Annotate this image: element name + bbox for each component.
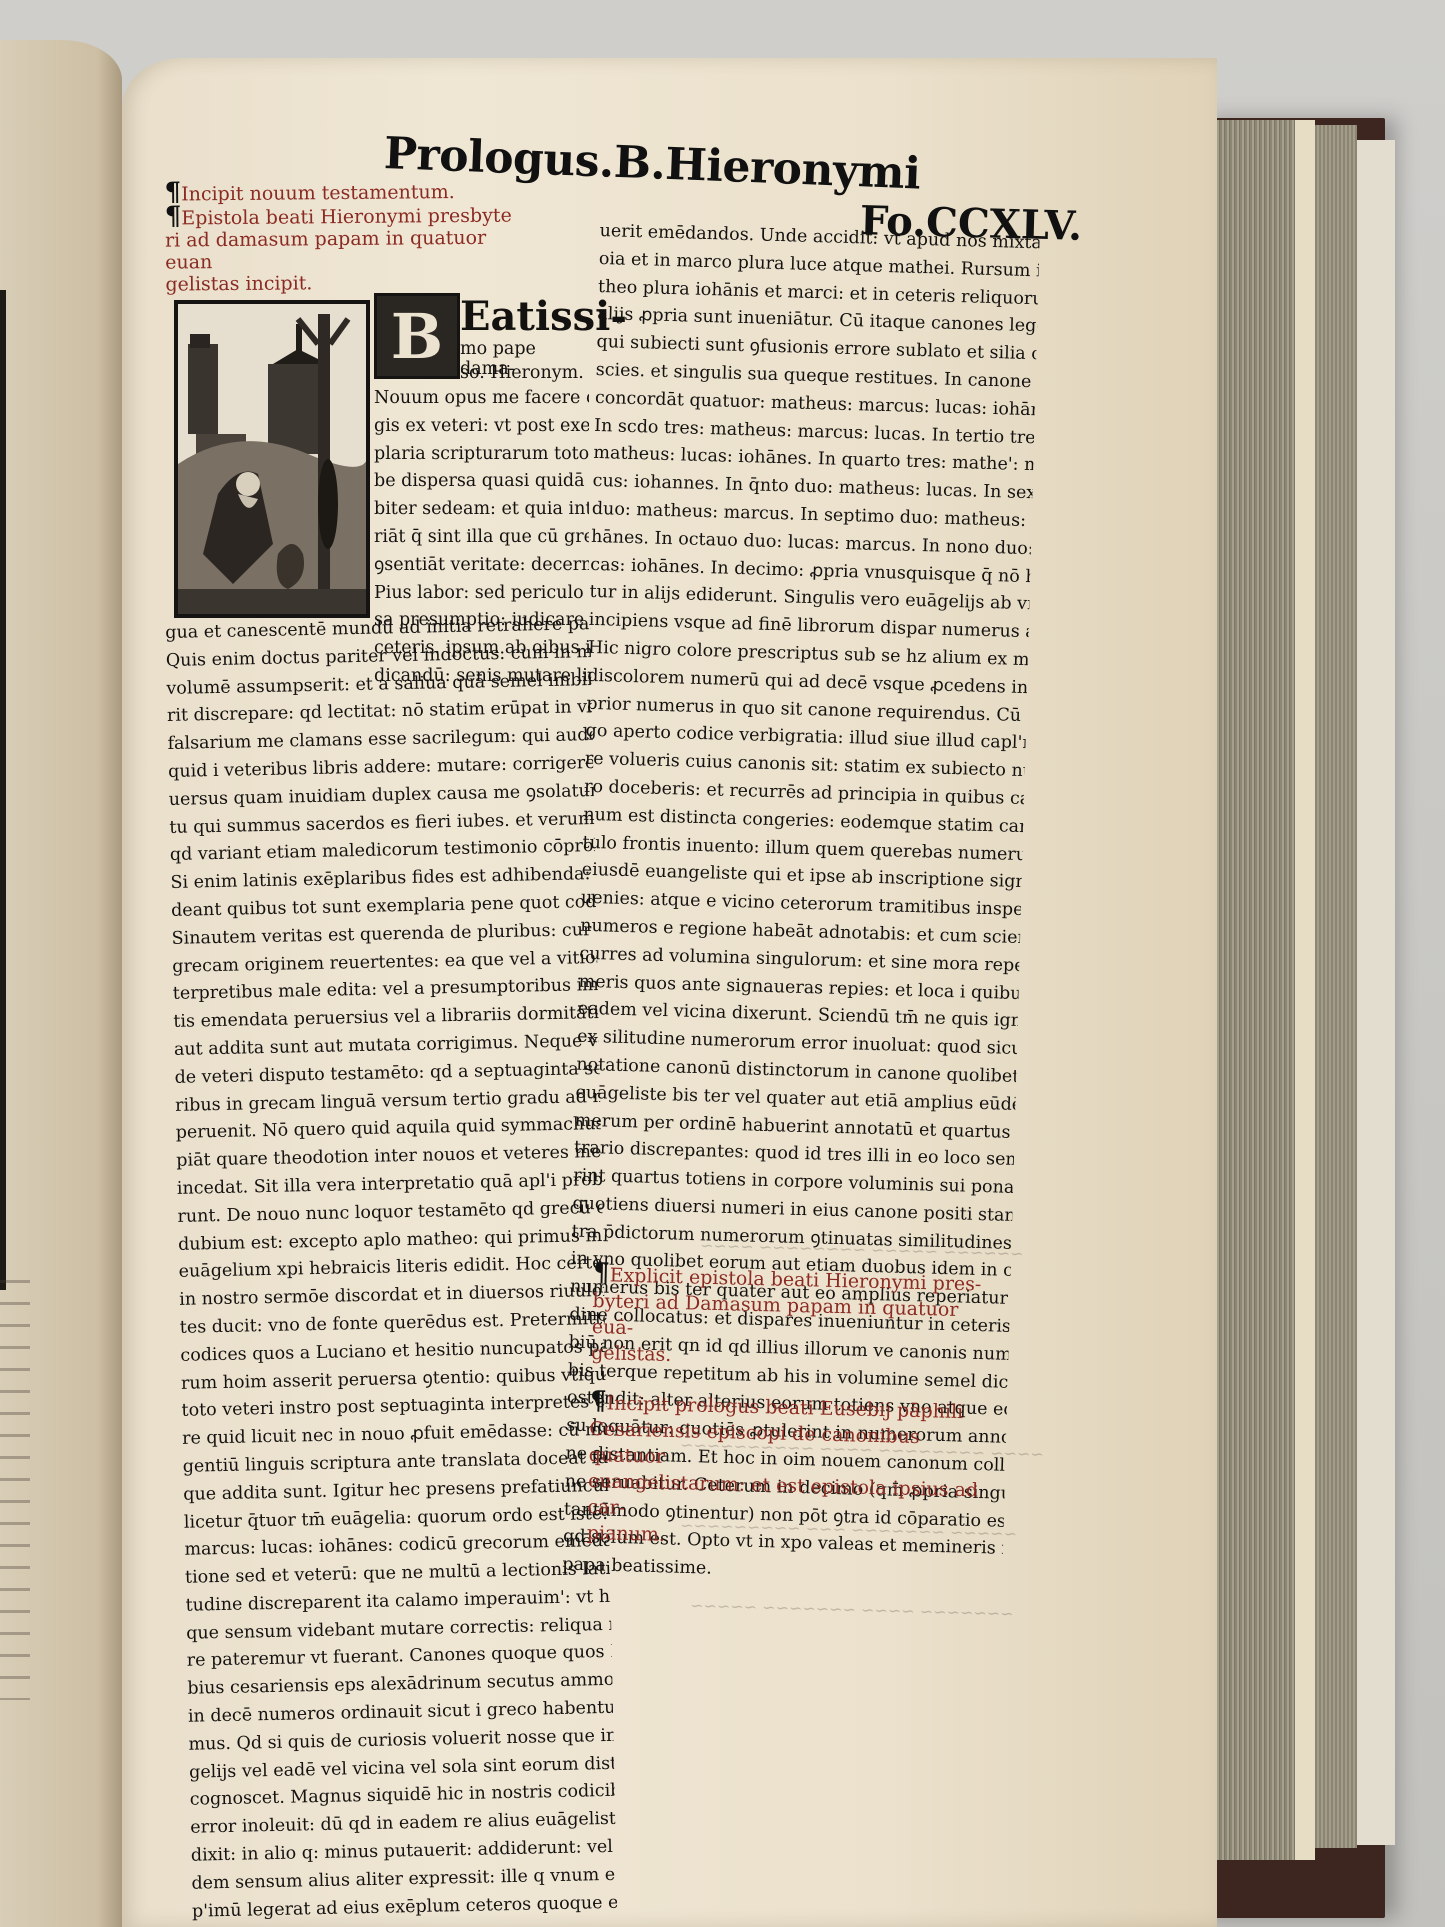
decorated-initial-b: B	[374, 293, 460, 379]
rubric-line: gelistas incipit.	[165, 270, 525, 295]
text-line: Nouum opus me facere co	[374, 385, 589, 413]
fore-edge-gap	[1295, 120, 1315, 1860]
flyleaf	[1357, 140, 1395, 1845]
text-line: plaria scripturarum toto or	[374, 441, 589, 469]
text-line: gis ex veteri: vt post exem	[374, 413, 589, 441]
woodcut-illustration-icon	[178, 304, 366, 614]
text-line: ꝯsentiāt veritate: decernā.	[374, 552, 589, 580]
paragraph-mark-icon: ¶	[590, 1386, 607, 1416]
facing-page-left	[0, 40, 122, 1927]
text-line: biter sedeam: et quia inter se va	[374, 496, 589, 524]
page-fore-edge	[1215, 120, 1365, 1860]
rubric-explicit-incipit: ¶Explicit epistola beati Hieronymi pres-…	[587, 1260, 1004, 1556]
text-line: be dispersa quasi quidā ar	[374, 468, 589, 496]
fore-edge-leaves-back	[1315, 125, 1357, 1848]
rubric-line: ¶Epistola beati Hieronymi presbyte	[165, 202, 525, 229]
text-line: Pius labor: sed periculo	[374, 580, 589, 608]
left-text-column: gua et canescentē mundū ad initia retrah…	[165, 611, 617, 1926]
facing-page-text-edge	[0, 1280, 30, 1700]
woodcut-saint-jerome	[174, 300, 370, 618]
fore-edge-leaves	[1215, 120, 1295, 1860]
rubric-incipit-top: ¶Incipit nouum testamentum. ¶Epistola be…	[165, 178, 526, 295]
paragraph-mark-icon: ¶	[593, 1258, 610, 1288]
rubric-line: ¶Incipit nouum testamentum.	[165, 178, 525, 205]
text-line: riāt q̄ sint illa que cū greca	[374, 524, 589, 552]
facing-page-woodcut-edge	[0, 290, 6, 1290]
opening-line: so. Hieronym.	[460, 363, 584, 383]
rubric-line: ri ad damasum papam in quatuor euan	[165, 226, 525, 273]
paragraph-mark-icon: ¶	[165, 201, 182, 231]
